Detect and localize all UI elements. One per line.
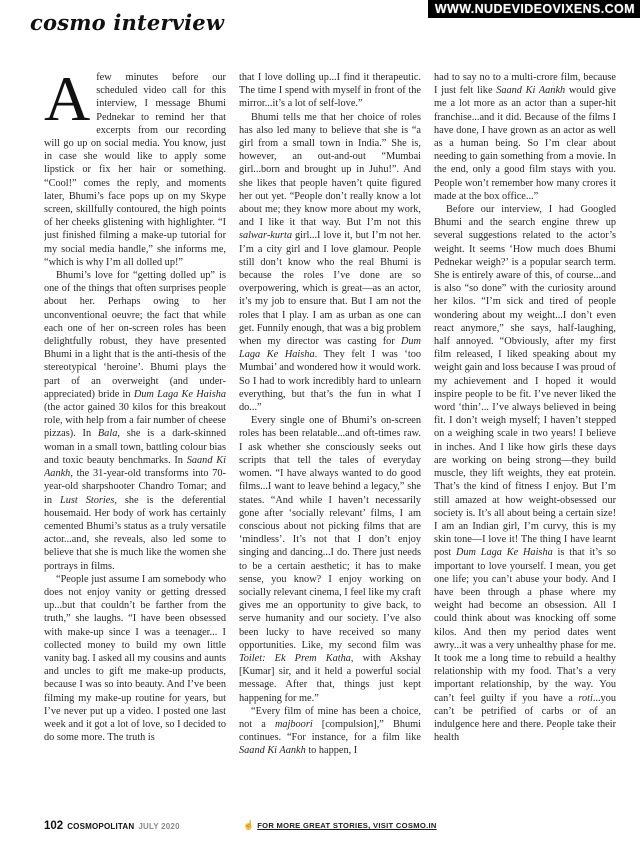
magazine-name: COSMOPOLITAN	[67, 822, 134, 831]
text-column-3: had to say no to a multi-crore film, bec…	[434, 71, 616, 821]
issue-date: JULY 2020	[138, 822, 179, 831]
paragraph: Bhumi’s love for “getting dolled up” is …	[44, 269, 226, 573]
section-title: cosmo interview	[30, 10, 224, 35]
paragraph: “Every film of mine has been a choice, n…	[239, 705, 421, 758]
hand-pointer-icon: ☝	[243, 821, 254, 830]
paragraph: that I love dolling up...I find it thera…	[239, 71, 421, 111]
folio: 102 COSMOPOLITAN JULY 2020	[44, 820, 180, 832]
paragraph: had to say no to a multi-crore film, bec…	[434, 71, 616, 203]
watermark-banner: WWW.NUDEVIDEOVIXENS.COM	[428, 0, 640, 18]
page-footer: 102 COSMOPOLITAN JULY 2020 ☝ FOR MORE GR…	[0, 820, 640, 840]
paragraph: Before our interview, I had Googled Bhum…	[434, 203, 616, 744]
magazine-page: WWW.NUDEVIDEOVIXENS.COM cosmo interview …	[0, 0, 640, 860]
page-number: 102	[44, 820, 63, 832]
paragraph: Every single one of Bhumi’s on-screen ro…	[239, 414, 421, 704]
text-column-1: Afew minutes before our scheduled video …	[44, 71, 226, 821]
paragraph: “People just assume I am somebody who do…	[44, 573, 226, 745]
article-body: Afew minutes before our scheduled video …	[44, 71, 616, 821]
drop-cap: A	[44, 71, 96, 124]
promo-text: FOR MORE GREAT STORIES, VISIT COSMO.IN	[257, 821, 436, 830]
paragraph: Afew minutes before our scheduled video …	[44, 71, 226, 269]
promo-link: ☝ FOR MORE GREAT STORIES, VISIT COSMO.IN	[243, 821, 437, 830]
paragraph: Bhumi tells me that her choice of roles …	[239, 111, 421, 415]
text-column-2: that I love dolling up...I find it thera…	[239, 71, 421, 821]
